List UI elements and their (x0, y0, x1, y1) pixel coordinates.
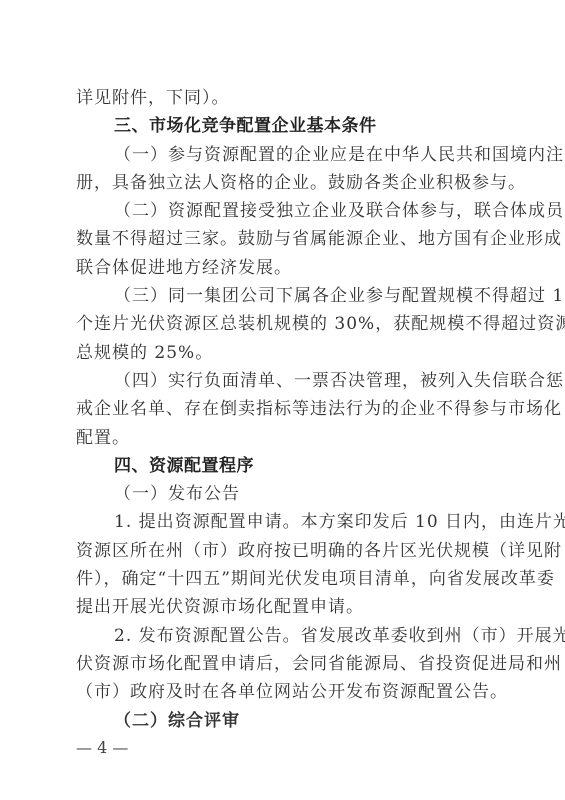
paragraph-line: 数量不得超过三家。鼓励与省属能源企业、地方国有企业形成 (76, 225, 488, 253)
paragraph-line: 伏资源市场化配置申请后，会同省能源局、省投资促进局和州 (76, 650, 488, 678)
paragraph-line: 2. 发布资源配置公告。省发展改革委收到州（市）开展光 (76, 622, 488, 650)
paragraph-line: （一）参与资源配置的企业应是在中华人民共和国境内注 (76, 141, 488, 169)
paragraph-line: 联合体促进地方经济发展。 (76, 254, 488, 282)
paragraph-line: （二）资源配置接受独立企业及联合体参与，联合体成员 (76, 197, 488, 225)
section-heading-4: 四、资源配置程序 (76, 452, 488, 480)
paragraph-line: 1. 提出资源配置申请。本方案印发后 10 日内，由连片光伏 (76, 508, 488, 536)
paragraph-line: （四）实行负面清单、一票否决管理，被列入失信联合惩 (76, 367, 488, 395)
subsection-heading: （一）发布公告 (76, 480, 488, 508)
paragraph-line: （市）政府及时在各单位网站公开发布资源配置公告。 (76, 678, 488, 706)
paragraph-line: 件），确定“十四五”期间光伏发电项目清单，向省发展改革委 (76, 565, 488, 593)
paragraph-line: 配置。 (76, 424, 488, 452)
section-heading-3: 三、市场化竞争配置企业基本条件 (76, 112, 488, 140)
paragraph-line: （三）同一集团公司下属各企业参与配置规模不得超过 19 (76, 282, 488, 310)
document-page: 详见附件，下同）。 三、市场化竞争配置企业基本条件 （一）参与资源配置的企业应是… (76, 84, 488, 735)
paragraph-line: 资源区所在州（市）政府按已明确的各片区光伏规模（详见附 (76, 537, 488, 565)
paragraph-line: 册，具备独立法人资格的企业。鼓励各类企业积极参与。 (76, 169, 488, 197)
paragraph-line: 戒企业名单、存在倒卖指标等违法行为的企业不得参与市场化 (76, 395, 488, 423)
paragraph-line: 提出开展光伏资源市场化配置申请。 (76, 593, 488, 621)
subsection-heading: （二）综合评审 (76, 707, 488, 735)
page-number: — 4 — (76, 738, 128, 757)
paragraph-line: 详见附件，下同）。 (76, 84, 488, 112)
paragraph-line: 个连片光伏资源区总装机规模的 30%，获配规模不得超过资源区 (76, 310, 488, 338)
paragraph-line: 总规模的 25%。 (76, 339, 488, 367)
